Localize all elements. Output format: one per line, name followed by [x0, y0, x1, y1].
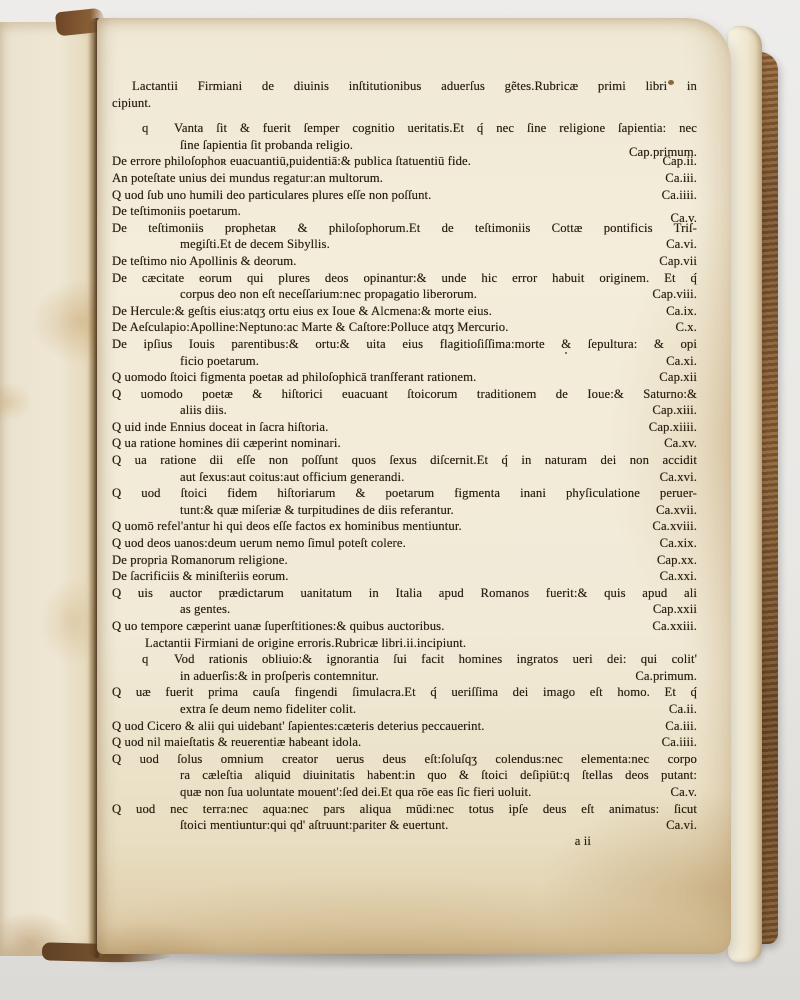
chapter-ref: Cap.xiii.: [646, 402, 697, 419]
entry-text: Q uod nec terra:nec aqua:nec pars aliqua…: [112, 802, 697, 816]
entry-text: corpus deo non eſt neceſſarium:nec propa…: [146, 286, 477, 303]
entry-line: De ſacrificiis & miniſteriis eorum.Ca.xx…: [112, 568, 697, 585]
entry-line: aut ſexus:aut coitus:aut officium genera…: [112, 469, 697, 486]
chapter-ref: Cap.ii.: [656, 153, 697, 170]
toc-entry: Q uod ſtoici fidem hiſtoriarum & poetaru…: [112, 485, 697, 518]
toc-entry: De Aeſculapio:Apolline:Neptuno:ac Marte …: [112, 319, 697, 336]
entry-line: Q uod nil maieſtatis & reuerentiæ habean…: [112, 734, 697, 751]
entry-line: quæ non ſua uoluntate mouent':ſed dei.Et…: [112, 784, 697, 801]
entry-text: De Hercule:& geſtis eius:atqʒ ortu eius …: [112, 303, 492, 320]
entry-text: as gentes.: [146, 601, 230, 618]
chapter-ref: Cap.xii: [653, 369, 697, 386]
toc-entry: Q uomō refel'antur hi qui deos eſſe fact…: [112, 518, 697, 535]
entry-text: Vod rationis obliuio:& ignorantia ſui fa…: [174, 652, 697, 666]
right-page: Lactantii Firmiani de diuinis inſtitutio…: [97, 18, 731, 954]
entry-text: An poteſtate unius dei mundus regatur:an…: [112, 170, 383, 187]
entry-line: De Aeſculapio:Apolline:Neptuno:ac Marte …: [112, 319, 697, 336]
toc-entry: Q ua ratione dii eſſe non poſſunt quos ſ…: [112, 452, 697, 485]
entry-text: Q uod deos uanos:deum uerum nemo ſimul p…: [112, 535, 406, 552]
entry-line: Q uomodo poetæ & hiſtorici euacuant ſtoi…: [112, 386, 697, 403]
entry-text: quæ non ſua uoluntate mouent':ſed dei.Et…: [146, 784, 531, 801]
entry-text: De cæcitate eorum qui plures deos opinan…: [112, 271, 697, 285]
chapter-ref: Ca.xv.: [658, 435, 697, 452]
entry-text: De teſtimoniis prophetaʀ & philoſophorum…: [112, 221, 697, 235]
entry-line: An poteſtate unius dei mundus regatur:an…: [112, 170, 697, 187]
chapter-ref: C.x.: [669, 319, 697, 336]
chapter-ref: Ca.xxiii.: [646, 618, 697, 635]
entry-line: De teſtimoniis prophetaʀ & philoſophorum…: [112, 220, 697, 237]
chapter-ref: Cap.xxii: [647, 601, 697, 618]
toc-entry: De propria Romanorum religione.Cap.xx.: [112, 552, 697, 569]
entry-text: De errore philoſophoʀ euacuantiū,puident…: [112, 153, 471, 170]
chapter-ref: Cap.xx.: [651, 552, 697, 569]
entry-text: ſtoici mentiuntur:qui qd' aſtruunt:parit…: [146, 817, 448, 834]
toc-entry: Q uomodo poetæ & hiſtorici euacuant ſtoi…: [112, 386, 697, 419]
toc-entry: De errore philoſophoʀ euacuantiū,puident…: [112, 153, 697, 170]
toc-entry: De teſtimo nio Apollinis & deorum.Cap.vi…: [112, 253, 697, 270]
toc-entry: De cæcitate eorum qui plures deos opinan…: [112, 270, 697, 303]
toc-entry: Q ua ratione homines dii cæperint nomina…: [112, 435, 697, 452]
entry-text: Q uæ fuerit prima cauſa fingendi ſimulac…: [112, 685, 697, 699]
entry-line: ſine ſapientia ſit probanda religio.Cap.…: [112, 137, 697, 154]
heading-text: cipiunt.: [112, 96, 151, 110]
entry-text: Q ua ratione homines dii cæperint nomina…: [112, 435, 341, 452]
entry-text: Q uod Cicero & alii qui uidebant' ſapien…: [112, 718, 484, 735]
toc-entry: Q uis auctor prædictarum uanitatum in It…: [112, 585, 697, 618]
entry-line: Q uomō refel'antur hi qui deos eſſe fact…: [112, 518, 697, 535]
entry-text: Q uomō refel'antur hi qui deos eſſe fact…: [112, 518, 462, 535]
chapter-ref: Cap.xiiii.: [643, 419, 697, 436]
entry-line: extra ſe deum nemo fideliter colit.Ca.ii…: [112, 701, 697, 718]
chapter-ref: Ca.primum.: [629, 668, 697, 685]
chapter-ref: Ca.xviii.: [646, 518, 697, 535]
chapter-ref: Cap.vii: [653, 253, 697, 270]
entry-line: Q uod nec terra:nec aqua:nec pars aliqua…: [112, 801, 697, 818]
entry-line: De cæcitate eorum qui plures deos opinan…: [112, 270, 697, 287]
entry-line: De Hercule:& geſtis eius:atqʒ ortu eius …: [112, 303, 697, 320]
entry-line: megiſti.Et de decem Sibyllis.Ca.vi.: [112, 236, 697, 253]
page-heading: Lactantii Firmiani de diuinis inſtitutio…: [112, 78, 697, 111]
toc-entry: De Hercule:& geſtis eius:atqʒ ortu eius …: [112, 303, 697, 320]
entry-line: De propria Romanorum religione.Cap.xx.: [112, 552, 697, 569]
entry-text: Q uomodo ſtoici figmenta poetaʀ ad philo…: [112, 369, 476, 386]
toc-entry: Q uod Cicero & alii qui uidebant' ſapien…: [112, 718, 697, 735]
toc-entry: De ſacrificiis & miniſteriis eorum.Ca.xx…: [112, 568, 697, 585]
q-initial: q: [112, 120, 174, 137]
entry-text: De propria Romanorum religione.: [112, 552, 288, 569]
toc-entry: Q uid inde Ennius doceat in ſacra hiſtor…: [112, 419, 697, 436]
chapter-ref: Ca.vi.: [660, 236, 697, 253]
entry-text: De teſtimoniis poetarum.: [112, 203, 241, 220]
chapter-ref: Ca.xvi.: [654, 469, 697, 486]
toc-book2: qVod rationis obliuio:& ignorantia ſui f…: [112, 651, 697, 834]
entry-line: De teſtimo nio Apollinis & deorum.Cap.vi…: [112, 253, 697, 270]
entry-line: in aduerſis:& in proſperis contemnitur.C…: [112, 668, 697, 685]
entry-line: Q uomodo ſtoici figmenta poetaʀ ad philo…: [112, 369, 697, 386]
entry-text: Q uomodo poetæ & hiſtorici euacuant ſtoi…: [112, 387, 697, 401]
entry-line: Q uo tempore cæperint uanæ ſuperſtitione…: [112, 618, 697, 635]
heading-line: Lactantii Firmiani de diuinis inſtitutio…: [112, 78, 697, 95]
entry-line: tunt:& quæ miſeriæ & turpitudines de dii…: [112, 502, 697, 519]
toc-entry: Q uæ fuerit prima cauſa fingendi ſimulac…: [112, 684, 697, 717]
toc-entry: qVod rationis obliuio:& ignorantia ſui f…: [112, 651, 697, 684]
heading-text: Lactantii Firmiani de diuinis inſtitutio…: [132, 79, 697, 93]
entry-line: De teſtimoniis poetarum.Ca.v.: [112, 203, 697, 220]
entry-text: Q uod ſub uno humili deo particulares pl…: [112, 187, 431, 204]
entry-line: Q uod ſolus omnium creator uerus deus eſ…: [112, 751, 697, 768]
entry-line: corpus deo non eſt neceſſarium:nec propa…: [112, 286, 697, 303]
entry-text: De teſtimo nio Apollinis & deorum.: [112, 253, 297, 270]
entry-line: Q uæ fuerit prima cauſa fingendi ſimulac…: [112, 684, 697, 701]
chapter-ref: Cap.viii.: [646, 286, 697, 303]
entry-line: Q uid inde Ennius doceat in ſacra hiſtor…: [112, 419, 697, 436]
toc-entry: Q uod nec terra:nec aqua:nec pars aliqua…: [112, 801, 697, 834]
chapter-ref: Ca.iiii.: [656, 734, 697, 751]
toc-entry: Q uo tempore cæperint uanæ ſuperſtitione…: [112, 618, 697, 635]
entry-text: Q uis auctor prædictarum uanitatum in It…: [112, 586, 697, 600]
heading-line: cipiunt.: [112, 95, 697, 112]
entry-line: qVod rationis obliuio:& ignorantia ſui f…: [112, 651, 697, 668]
entry-text: De ſacrificiis & miniſteriis eorum.: [112, 568, 289, 585]
chapter-ref: Ca.ix.: [660, 303, 697, 320]
chapter-ref: Ca.ii.: [663, 701, 697, 718]
entry-text: ra cæleſtia aliquid diuinitatis habent:i…: [146, 768, 697, 782]
chapter-ref: Ca.xi.: [660, 353, 697, 370]
entry-line: De errore philoſophoʀ euacuantiū,puident…: [112, 153, 697, 170]
toc-entry: Q uod ſolus omnium creator uerus deus eſ…: [112, 751, 697, 801]
toc-entry: qVanta ſit & fuerit ſemper cognitio ueri…: [112, 120, 697, 153]
entry-text: Q ua ratione dii eſſe non poſſunt quos ſ…: [112, 453, 697, 467]
entry-text: Q uo tempore cæperint uanæ ſuperſtitione…: [112, 618, 445, 635]
entry-line: Q uod deos uanos:deum uerum nemo ſimul p…: [112, 535, 697, 552]
under-page-edge: [728, 26, 762, 962]
toc-entry: De teſtimoniis poetarum.Ca.v.: [112, 203, 697, 220]
toc-entry: Q uod nil maieſtatis & reuerentiæ habean…: [112, 734, 697, 751]
entry-line: Q ua ratione dii eſſe non poſſunt quos ſ…: [112, 452, 697, 469]
text-block: Lactantii Firmiani de diuinis inſtitutio…: [112, 78, 697, 849]
toc-entry: Q uod ſub uno humili deo particulares pl…: [112, 187, 697, 204]
entry-line: as gentes.Cap.xxii: [112, 601, 697, 618]
toc-entry: De ipſius Iouis parentibus:& ortu:& uita…: [112, 336, 697, 369]
entry-text: Q uod ſolus omnium creator uerus deus eſ…: [112, 752, 697, 766]
q-initial: q: [112, 651, 174, 668]
entry-text: aut ſexus:aut coitus:aut officium genera…: [146, 469, 404, 486]
chapter-ref: Ca.iii.: [659, 718, 697, 735]
entry-text: Vanta ſit & fuerit ſemper cognitio uerit…: [174, 121, 697, 135]
entry-text: ficio poetarum.: [146, 353, 259, 370]
entry-text: Q uod nil maieſtatis & reuerentiæ habean…: [112, 734, 361, 751]
entry-line: Q uod ſtoici fidem hiſtoriarum & poetaru…: [112, 485, 697, 502]
entry-text: in aduerſis:& in proſperis contemnitur.: [146, 668, 379, 685]
entry-text: megiſti.Et de decem Sibyllis.: [146, 236, 330, 253]
entry-line: ficio poetarum.Ca.xi.: [112, 353, 697, 370]
book2-heading: Lactantii Firmiani de origine erroris.Ru…: [112, 635, 697, 652]
entry-line: ra cæleſtia aliquid diuinitatis habent:i…: [112, 767, 697, 784]
left-page: [0, 22, 97, 956]
entry-text: ſine ſapientia ſit probanda religio.: [146, 137, 353, 154]
chapter-ref: Ca.vi.: [660, 817, 697, 834]
chapter-ref: Ca.xvii.: [650, 502, 697, 519]
toc-entry: De teſtimoniis prophetaʀ & philoſophorum…: [112, 220, 697, 253]
photograph-background: Lactantii Firmiani de diuinis inſtitutio…: [0, 0, 800, 1000]
entry-text: De ipſius Iouis parentibus:& ortu:& uita…: [112, 337, 697, 351]
entry-text: Q uid inde Ennius doceat in ſacra hiſtor…: [112, 419, 328, 436]
signature-mark: a ii: [112, 833, 697, 850]
toc-entry: Q uomodo ſtoici figmenta poetaʀ ad philo…: [112, 369, 697, 386]
entry-text: extra ſe deum nemo fideliter colit.: [146, 701, 356, 718]
chapter-ref: Ca.v.: [665, 784, 697, 801]
entry-line: qVanta ſit & fuerit ſemper cognitio ueri…: [112, 120, 697, 137]
entry-line: Q uod Cicero & alii qui uidebant' ſapien…: [112, 718, 697, 735]
chapter-ref: Ca.xix.: [654, 535, 697, 552]
entry-text: De Aeſculapio:Apolline:Neptuno:ac Marte …: [112, 319, 509, 336]
entry-text: tunt:& quæ miſeriæ & turpitudines de dii…: [146, 502, 454, 519]
toc-entry: An poteſtate unius dei mundus regatur:an…: [112, 170, 697, 187]
chapter-ref: Ca.iii.: [659, 170, 697, 187]
entry-text: Q uod ſtoici fidem hiſtoriarum & poetaru…: [112, 486, 697, 500]
book2-heading-text: Lactantii Firmiani de origine erroris.Ru…: [145, 636, 466, 650]
entry-line: ſtoici mentiuntur:qui qd' aſtruunt:parit…: [112, 817, 697, 834]
entry-line: Q uod ſub uno humili deo particulares pl…: [112, 187, 697, 204]
entry-line: Q uis auctor prædictarum uanitatum in It…: [112, 585, 697, 602]
entry-line: aliis diis.Cap.xiii.: [112, 402, 697, 419]
chapter-ref: Ca.iiii.: [656, 187, 697, 204]
toc-book1: qVanta ſit & fuerit ſemper cognitio ueri…: [112, 120, 697, 634]
chapter-ref: Ca.xxi.: [654, 568, 697, 585]
entry-text: aliis diis.: [146, 402, 227, 419]
entry-line: Q ua ratione homines dii cæperint nomina…: [112, 435, 697, 452]
chapter-ref: Ca.v.: [665, 210, 697, 227]
toc-entry: Q uod deos uanos:deum uerum nemo ſimul p…: [112, 535, 697, 552]
entry-line: De ipſius Iouis parentibus:& ortu:& uita…: [112, 336, 697, 353]
